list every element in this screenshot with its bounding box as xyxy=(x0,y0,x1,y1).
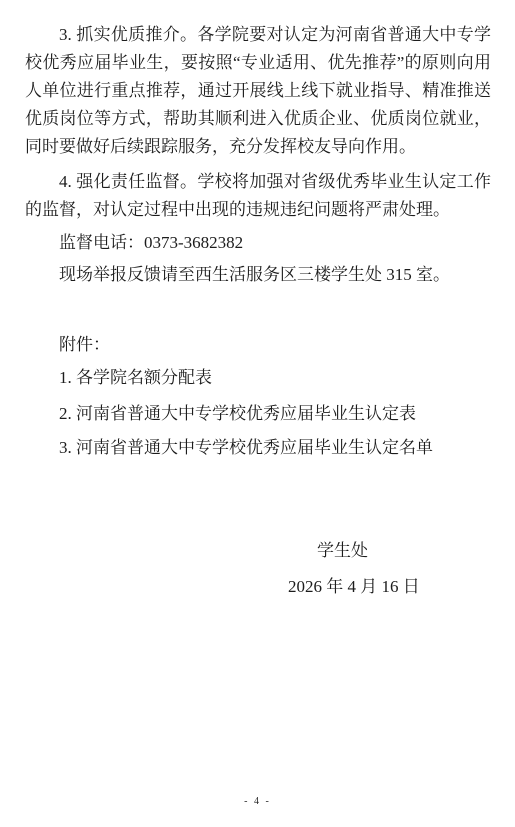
page-number: - 4 - xyxy=(0,795,515,809)
body-paragraph-promotion: 3. 抓实优质推介。各学院要对认定为河南省普通大中专学校优秀应届毕业生，要按照“… xyxy=(25,21,491,161)
signature-department: 学生处 xyxy=(317,537,491,565)
attachment-item: 2. 河南省普通大中专学校优秀应届毕业生认定表 xyxy=(25,400,491,428)
document-body: 3. 抓实优质推介。各学院要对认定为河南省普通大中专学校优秀应届毕业生，要按照“… xyxy=(25,21,491,601)
attachments-label: 附件： xyxy=(25,331,491,359)
attachment-item: 3. 河南省普通大中专学校优秀应届毕业生认定名单 xyxy=(25,434,491,462)
signature-date: 2026 年 4 月 16 日 xyxy=(288,573,491,601)
document-page: 3. 抓实优质推介。各学院要对认定为河南省普通大中专学校优秀应届毕业生，要按照“… xyxy=(0,0,515,827)
body-paragraph-supervision: 4. 强化责任监督。学校将加强对省级优秀毕业生认定工作的监督，对认定过程中出现的… xyxy=(25,168,491,224)
attachment-item: 1. 各学院名额分配表 xyxy=(25,364,491,392)
supervision-phone-line: 监督电话：0373-3682382 xyxy=(25,229,491,257)
report-location-line: 现场举报反馈请至西生活服务区三楼学生处 315 室。 xyxy=(25,261,491,289)
